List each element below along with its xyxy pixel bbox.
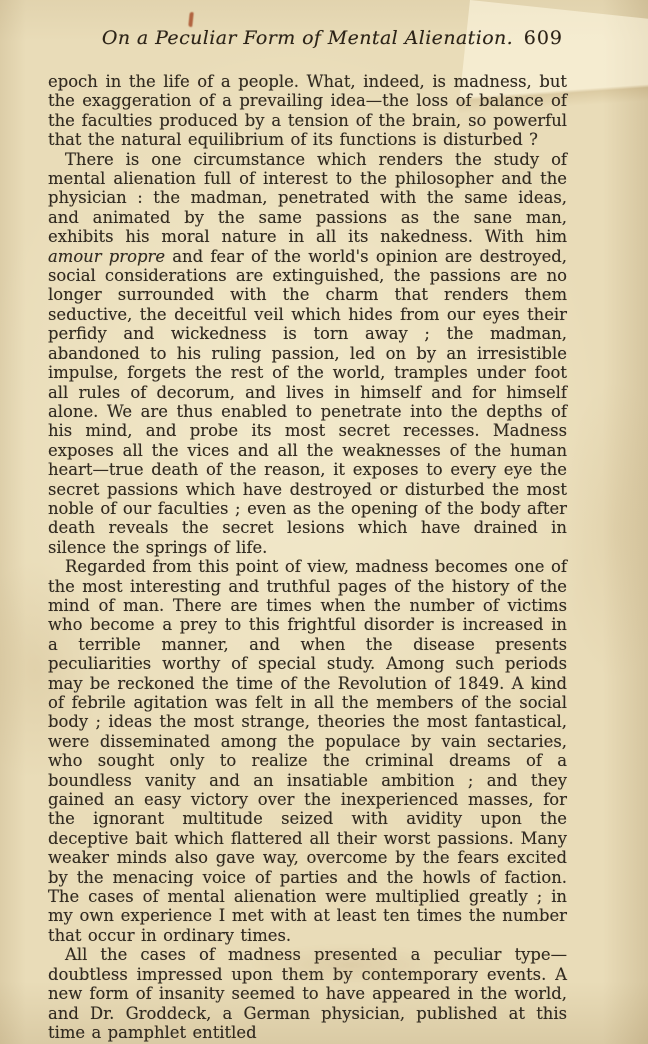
running-head-title: On a Peculiar Form of Mental Alienation. [48,27,567,49]
paragraph: epoch in the life of a people. What, ind… [48,72,567,150]
paragraph: Regarded from this point of view, madnes… [48,557,567,945]
ink-mark [188,12,194,27]
paragraph: All the cases of madness presented a pec… [48,945,567,1042]
page-number: 609 [524,27,563,49]
text-run: Regarded from this point of view, madnes… [48,557,567,945]
text-run: and fear of the world's opinion are dest… [48,247,567,557]
page-body: epoch in the life of a people. What, ind… [48,72,567,1042]
running-head: On a Peculiar Form of Mental Alienation.… [48,27,567,53]
text-run: There is one circumstance which renders … [48,150,567,247]
text-run: epoch in the life of a people. What, ind… [48,72,567,149]
book-page: On a Peculiar Form of Mental Alienation.… [0,0,648,1044]
italic-phrase: amour propre [48,247,165,266]
paper-stain [560,380,648,680]
text-run: All the cases of madness presented a pec… [48,945,567,1042]
paragraph: There is one circumstance which renders … [48,150,567,558]
